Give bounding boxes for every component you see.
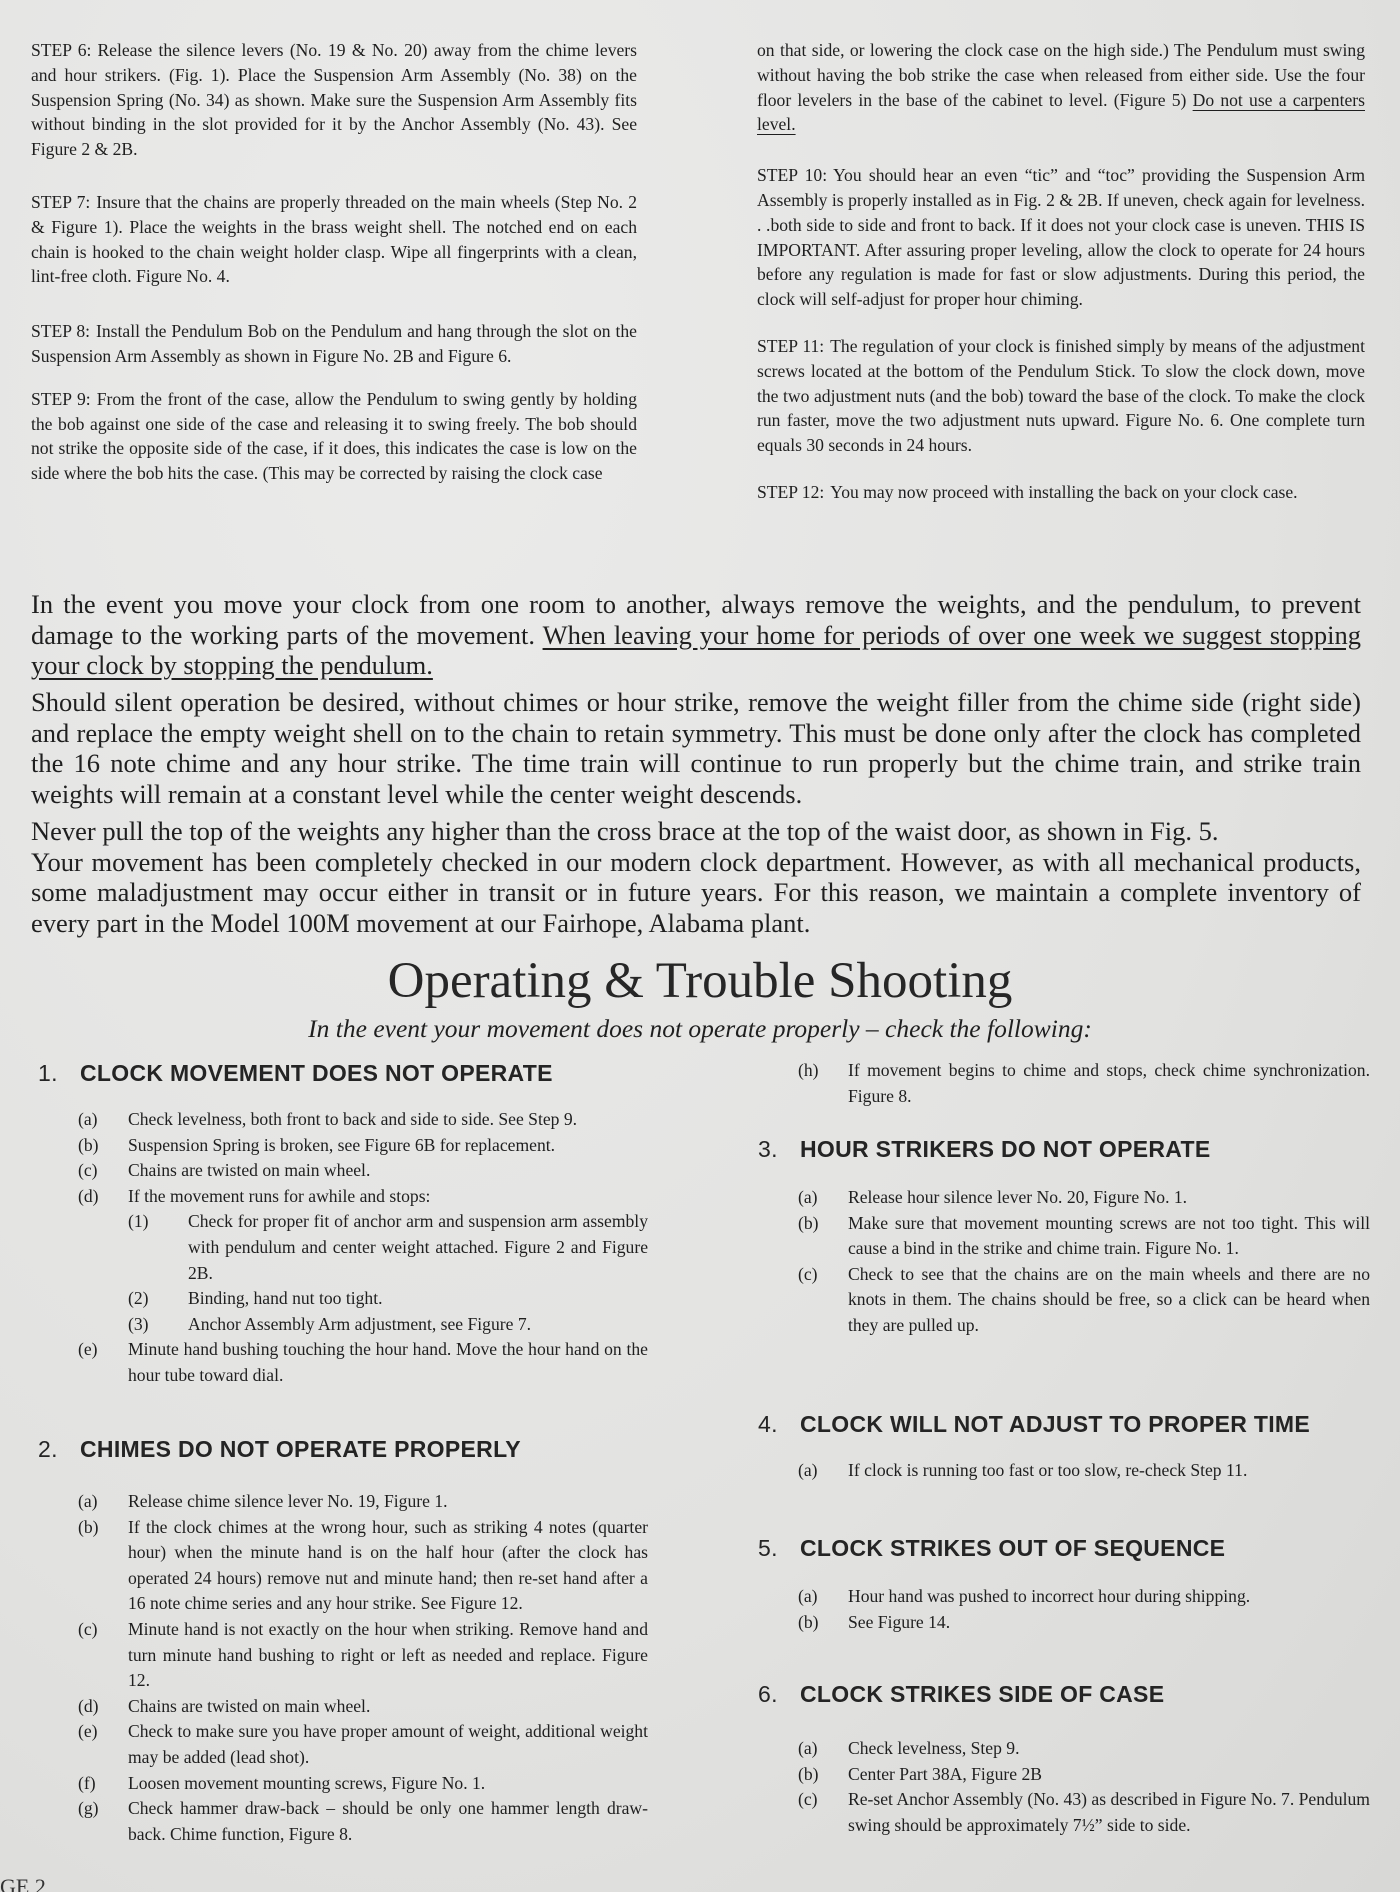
section-heading: 6.CLOCK STRIKES SIDE OF CASE	[758, 1681, 1370, 1708]
section-heading: 4.CLOCK WILL NOT ADJUST TO PROPER TIME	[758, 1411, 1370, 1438]
section-heading: 3.HOUR STRIKERS DO NOT OPERATE	[758, 1136, 1370, 1163]
list-item: (c)Re-set Anchor Assembly (No. 43) as de…	[758, 1787, 1370, 1838]
troubleshooting-subtitle: In the event your movement does not oper…	[0, 1014, 1400, 1044]
section-items: (h)If movement begins to chime and stops…	[758, 1058, 1370, 1109]
list-item: (e)Minute hand bushing touching the hour…	[38, 1337, 648, 1388]
steps-right-column: on that side, or lowering the clock case…	[757, 38, 1365, 505]
list-item: (b)Make sure that movement mounting scre…	[758, 1211, 1370, 1262]
list-item: (d) If the movement runs for awhile and …	[38, 1184, 648, 1338]
section-items: (a)Check levelness, Step 9. (b)Center Pa…	[758, 1736, 1370, 1838]
section-3: 3.HOUR STRIKERS DO NOT OPERATE (a)Releas…	[758, 1136, 1370, 1339]
section-5: 5.CLOCK STRIKES OUT OF SEQUENCE (a)Hour …	[758, 1535, 1370, 1635]
list-item: (b)Suspension Spring is broken, see Figu…	[38, 1133, 648, 1159]
sub-list-item: (1)Check for proper fit of anchor arm an…	[128, 1209, 648, 1286]
list-item: (a)Release chime silence lever No. 19, F…	[38, 1489, 648, 1515]
section-2: 2.CHIMES DO NOT OPERATE PROPERLY (a)Rele…	[38, 1436, 648, 1847]
section-6: 6.CLOCK STRIKES SIDE OF CASE (a)Check le…	[758, 1681, 1370, 1838]
list-item: (c)Chains are twisted on main wheel.	[38, 1158, 648, 1184]
sub-list-item: (2)Binding, hand nut too tight.	[128, 1286, 648, 1312]
list-item: (c)Minute hand is not exactly on the hou…	[38, 1617, 648, 1694]
list-item: (b)If the clock chimes at the wrong hour…	[38, 1515, 648, 1617]
step-10: STEP 10:You should hear an even “tic” an…	[757, 163, 1365, 312]
list-item: (h)If movement begins to chime and stops…	[758, 1058, 1370, 1109]
step-12: STEP 12:You may now proceed with install…	[757, 480, 1365, 505]
step-6: STEP 6:Release the silence levers (No. 1…	[31, 38, 637, 162]
inventory-notice: Your movement has been completely checke…	[31, 847, 1361, 939]
step-11: STEP 11:The regulation of your clock is …	[757, 334, 1365, 458]
list-item: (a)Check levelness, both front to back a…	[38, 1107, 648, 1133]
section-heading: 5.CLOCK STRIKES OUT OF SEQUENCE	[758, 1535, 1370, 1562]
step-9: STEP 9:From the front of the case, allow…	[31, 387, 637, 486]
sub-list-item: (3)Anchor Assembly Arm adjustment, see F…	[128, 1312, 648, 1338]
section-heading: 1.CLOCK MOVEMENT DOES NOT OPERATE	[38, 1060, 648, 1087]
section-items: (a)If clock is running too fast or too s…	[758, 1458, 1370, 1484]
section-items: (a)Check levelness, both front to back a…	[38, 1107, 648, 1389]
step-7: STEP 7:Insure that the chains are proper…	[31, 190, 637, 289]
list-item: (d)Chains are twisted on main wheel.	[38, 1694, 648, 1720]
list-item: (a)Release hour silence lever No. 20, Fi…	[758, 1185, 1370, 1211]
list-item: (g)Check hammer draw-back – should be on…	[38, 1796, 648, 1847]
list-item: (a)Hour hand was pushed to incorrect hou…	[758, 1584, 1370, 1610]
section-items: (a)Release chime silence lever No. 19, F…	[38, 1489, 648, 1847]
list-item: (b)See Figure 14.	[758, 1610, 1370, 1636]
list-item: (a)If clock is running too fast or too s…	[758, 1458, 1370, 1484]
list-item: (b)Center Part 38A, Figure 2B	[758, 1762, 1370, 1788]
step-9-continued: on that side, or lowering the clock case…	[757, 38, 1365, 137]
sub-items: (1)Check for proper fit of anchor arm an…	[128, 1209, 648, 1337]
list-item: (a)Check levelness, Step 9.	[758, 1736, 1370, 1762]
section-heading: 2.CHIMES DO NOT OPERATE PROPERLY	[38, 1436, 648, 1463]
troubleshooting-title: Operating & Trouble Shooting	[0, 951, 1400, 1011]
section-items: (a)Release hour silence lever No. 20, Fi…	[758, 1185, 1370, 1339]
list-item: (c)Check to see that the chains are on t…	[758, 1262, 1370, 1339]
moving-clock-notice: In the event you move your clock from on…	[31, 589, 1361, 681]
section-1: 1.CLOCK MOVEMENT DOES NOT OPERATE (a)Che…	[38, 1060, 648, 1389]
list-item: (f)Loosen movement mounting screws, Figu…	[38, 1771, 648, 1797]
weights-warning: Never pull the top of the weights any hi…	[31, 816, 1361, 847]
step-8: STEP 8:Install the Pendulum Bob on the P…	[31, 319, 637, 369]
weights-and-inventory-notice: Never pull the top of the weights any hi…	[31, 816, 1361, 938]
page-number-fragment: GE 2	[0, 1874, 46, 1892]
section-items: (a)Hour hand was pushed to incorrect hou…	[758, 1584, 1370, 1635]
section-4: 4.CLOCK WILL NOT ADJUST TO PROPER TIME (…	[758, 1411, 1370, 1484]
silent-operation-notice: Should silent operation be desired, with…	[31, 687, 1361, 809]
list-item: (e)Check to make sure you have proper am…	[38, 1719, 648, 1770]
section-2-continued: (h)If movement begins to chime and stops…	[758, 1058, 1370, 1109]
steps-left-column: STEP 6:Release the silence levers (No. 1…	[31, 38, 637, 486]
